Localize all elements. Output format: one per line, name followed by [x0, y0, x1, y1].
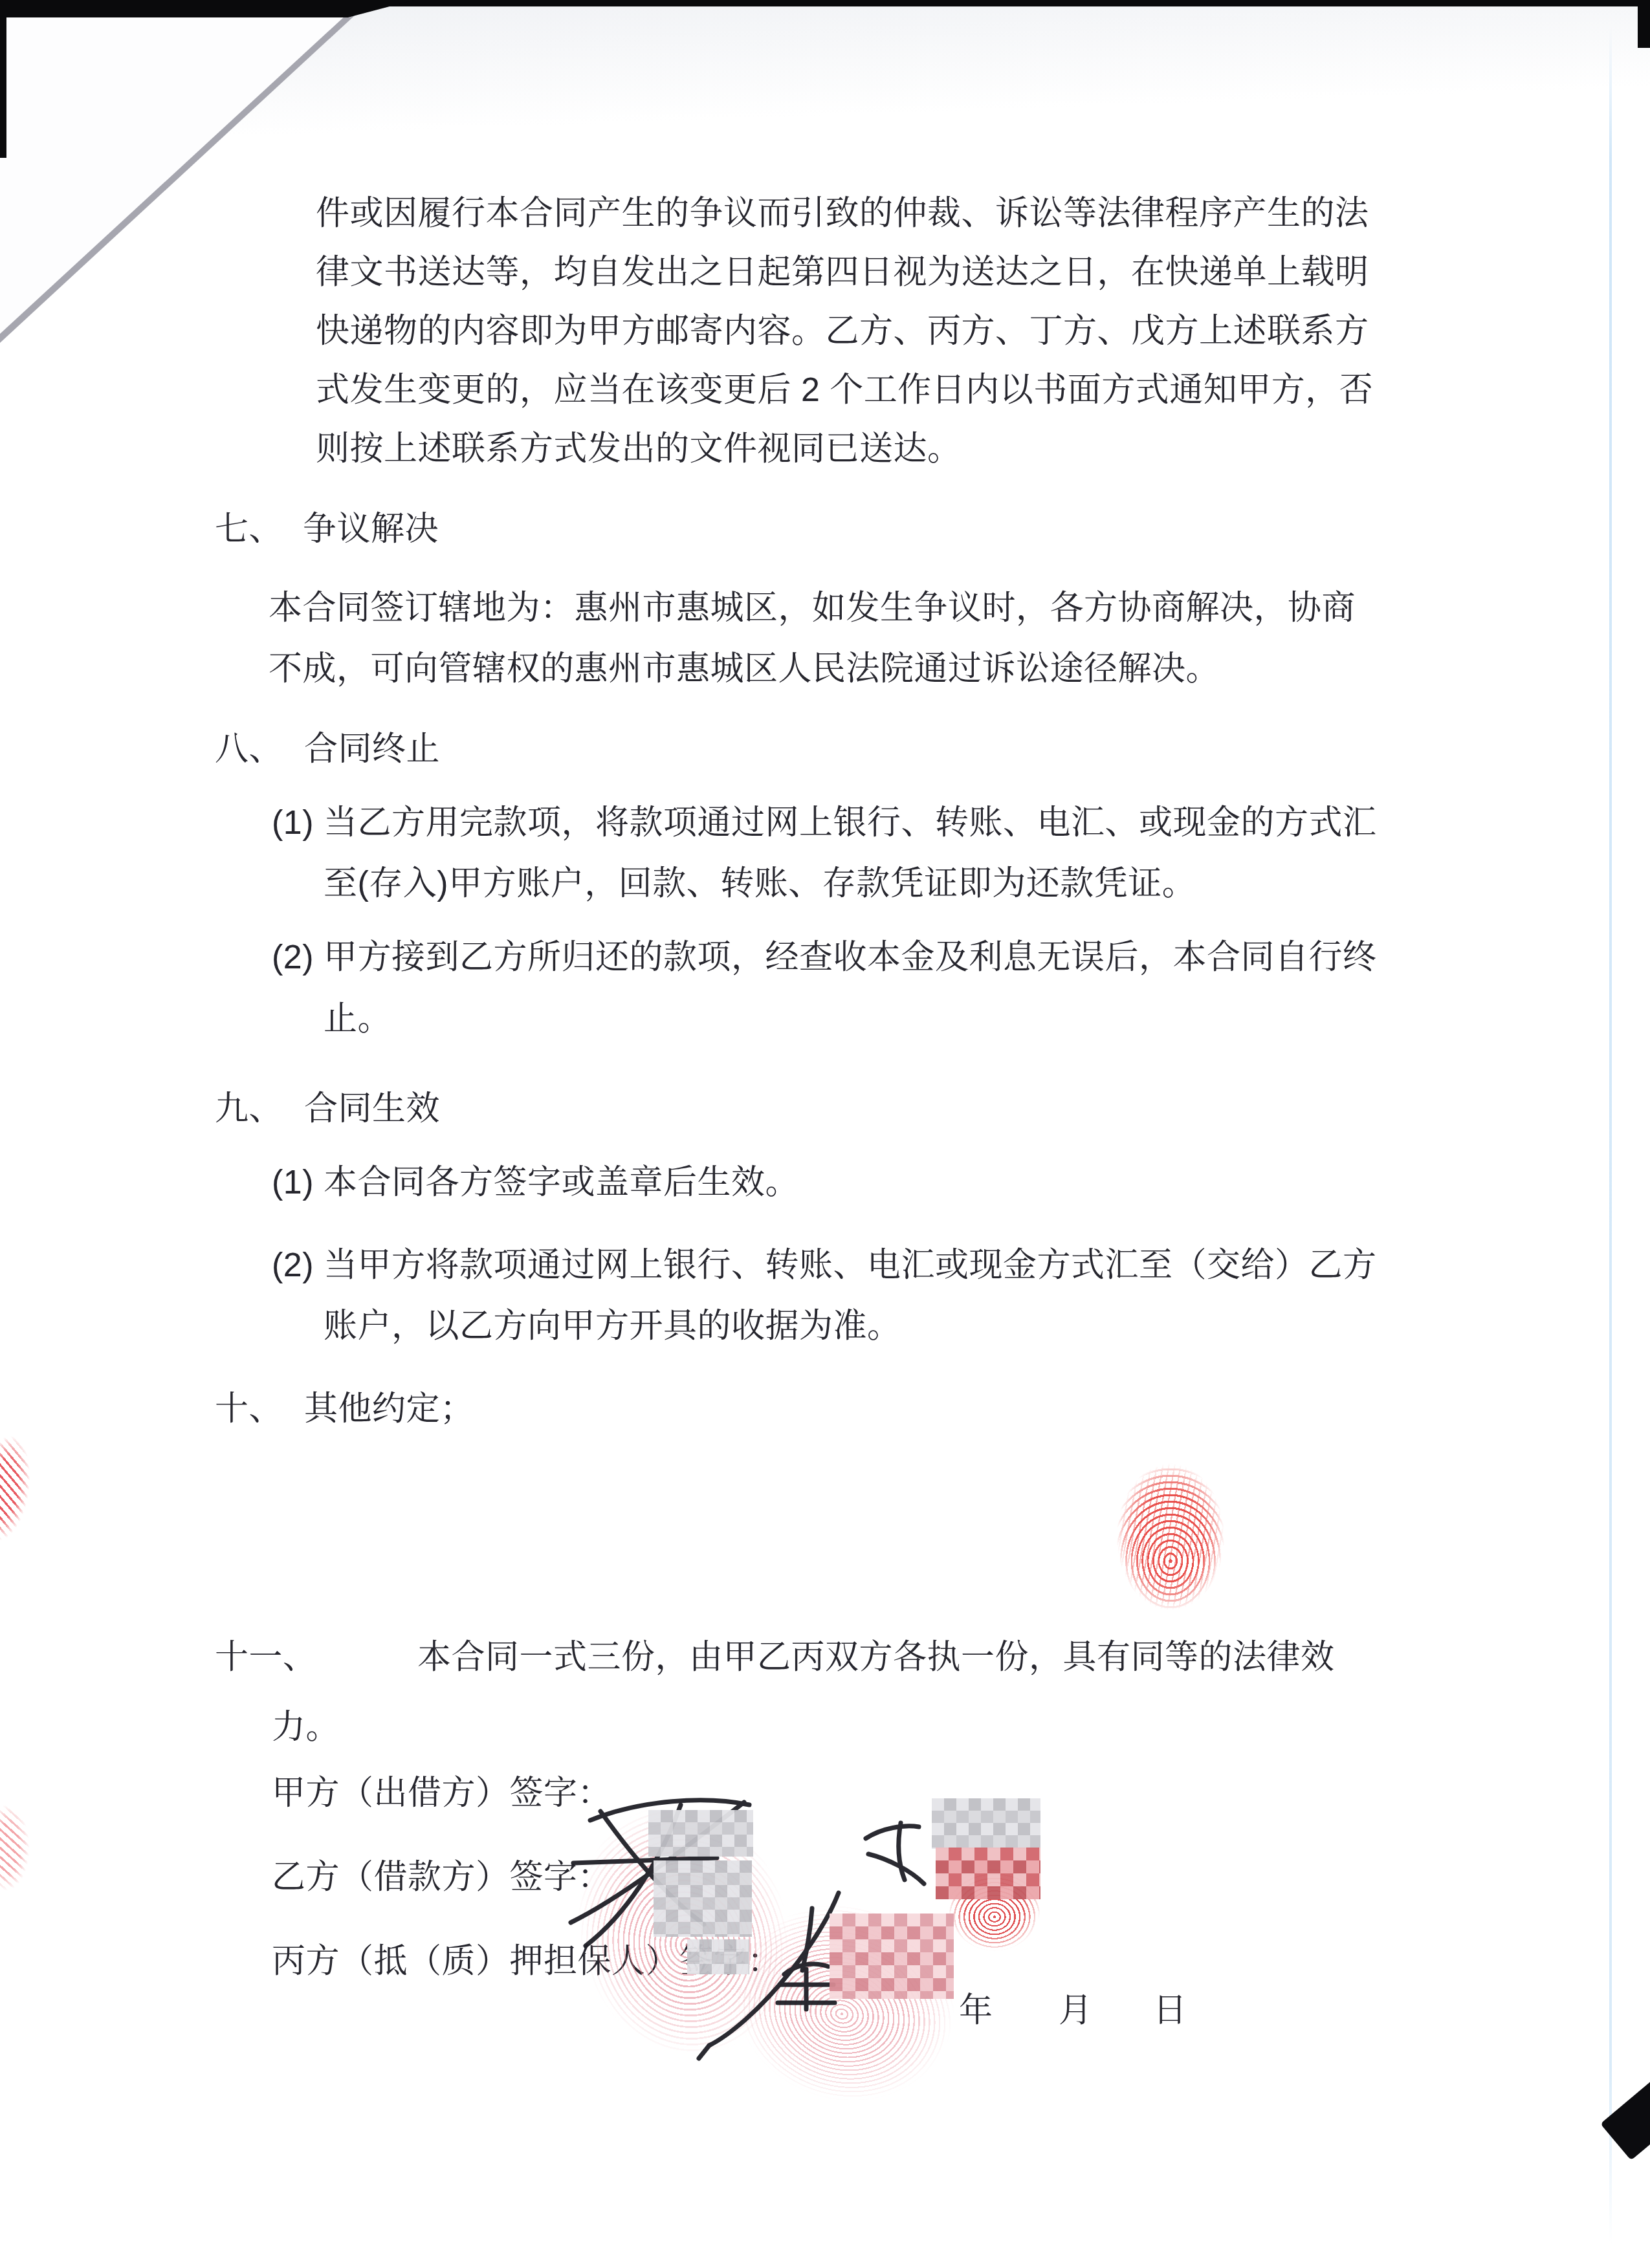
paragraph-line: 本合同一式三份，由甲乙丙双方各执一份，具有同等的法律效: [417, 1638, 1335, 1677]
paragraph-line: 件或因履行本合同产生的争议而引致的仲裁、诉讼等法律程序产生的法: [316, 194, 1369, 233]
section-number: 十、: [215, 1390, 283, 1428]
privacy-mosaic: [830, 1914, 954, 1999]
section-title: 合同生效: [304, 1089, 440, 1128]
scan-edge-left: [0, 0, 6, 158]
paragraph-line: 不成，可向管辖权的惠州市惠城区人民法院通过诉讼途径解决。: [269, 649, 1220, 688]
paragraph-line: 则按上述联系方式发出的文件视同已送达。: [316, 430, 962, 468]
scan-edge-top-left: [0, 0, 414, 17]
scan-mark-bottom-right: [1600, 2036, 1650, 2161]
fingerprint-stamp: [1116, 1462, 1226, 1612]
paragraph-line: 本合同签订辖地为：惠州市惠城区，如发生争议时，各方协商解决，协商: [269, 589, 1356, 627]
privacy-mosaic: [932, 1798, 1040, 1849]
fingerprint-stamp-left-edge: [0, 1433, 64, 1568]
fingerprint-stamp-left-edge: [0, 1805, 56, 1907]
list-item-line: (2) 当甲方将款项通过网上银行、转账、电汇或现金方式汇至（交给）乙方: [272, 1246, 1377, 1285]
privacy-mosaic: [936, 1848, 1040, 1899]
list-item-line: (1) 当乙方用完款项，将款项通过网上银行、转账、电汇、或现金的方式汇: [272, 803, 1377, 842]
privacy-mosaic: [648, 1810, 753, 1857]
folded-corner: [0, 0, 362, 334]
section-number: 十一、: [215, 1638, 317, 1677]
list-item-line: 至(存入)甲方账户，回款、转账、存款凭证即为还款凭证。: [324, 864, 1196, 903]
signature-label-party-b: 乙方（借款方）签字：: [272, 1858, 611, 1897]
privacy-mosaic: [687, 1939, 749, 1974]
list-item-line: 账户，以乙方向甲方开具的收据为准。: [324, 1307, 901, 1346]
list-item-line: (2) 甲方接到乙方所归还的款项，经查收本金及利息无误后，本合同自行终: [272, 938, 1377, 977]
paragraph-line: 律文书送达等，均自发出之日起第四日视为送达之日，在快递单上载明: [316, 253, 1369, 292]
paper-edge-line: [1609, 26, 1612, 2245]
section-number: 七、: [215, 510, 283, 549]
list-item-line: (1) 本合同各方签字或盖章后生效。: [272, 1163, 799, 1202]
paragraph-line: 式发生变更的，应当在该变更后 2 个工作日内以书面方式通知甲方，否: [316, 371, 1373, 409]
section-title: 其他约定；: [304, 1390, 474, 1428]
date-label-month: 月: [1059, 1991, 1093, 2030]
date-label-day: 日: [1153, 1991, 1187, 2030]
privacy-mosaic: [654, 1860, 752, 1937]
signature-label-party-a: 甲方（出借方）签字：: [272, 1774, 611, 1813]
paragraph-line: 力。: [272, 1708, 340, 1747]
date-label-year: 年: [959, 1991, 993, 2030]
scan-mark-top-right: [1638, 5, 1650, 48]
section-title: 合同终止: [304, 730, 440, 769]
section-number: 九、: [215, 1089, 283, 1128]
section-number: 八、: [215, 730, 283, 769]
list-item-line: 止。: [324, 999, 391, 1038]
scanned-contract-page: 件或因履行本合同产生的争议而引致的仲裁、诉讼等法律程序产生的法 律文书送达等，均…: [0, 0, 1650, 2268]
section-title: 争议解决: [303, 510, 439, 549]
paragraph-line: 快递物的内容即为甲方邮寄内容。乙方、丙方、丁方、戊方上述联系方: [316, 312, 1369, 351]
